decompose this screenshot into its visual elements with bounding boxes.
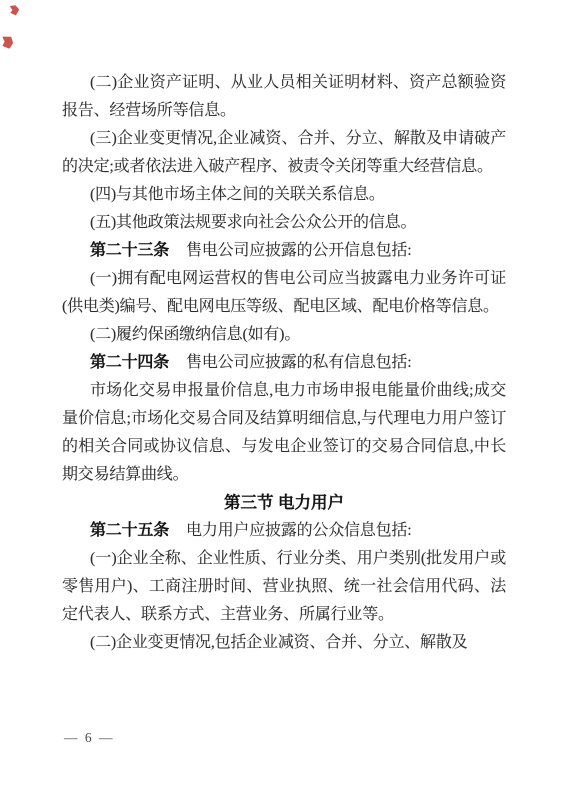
article-text: 售电公司应披露的私有信息包括: — [186, 354, 411, 371]
article-paragraph: 第二十三条售电公司应披露的公开信息包括: — [62, 237, 506, 265]
body-paragraph: (一)拥有配电网运营权的售电公司应当披露电力业务许可证(供电类)编号、配电网电压… — [62, 265, 506, 321]
body-paragraph: (五)其他政策法规要求向社会公众公开的信息。 — [62, 209, 506, 237]
body-paragraph: (一)企业全称、企业性质、行业分类、用户类别(批发用户或零售用户)、工商注册时间… — [62, 545, 506, 629]
body-paragraph: 市场化交易申报量价信息,电力市场申报电能量价曲线;成交量价信息;市场化交易合同及… — [62, 377, 506, 489]
body-paragraph: (四)与其他市场主体之间的关联关系信息。 — [62, 181, 506, 209]
document-page: (二)企业资产证明、从业人员相关证明材料、资产总额验资报告、经营场所等信息。(三… — [0, 0, 565, 800]
red-stamp-fragment-icon — [1, 35, 14, 49]
section-heading: 第三节 电力用户 — [62, 489, 506, 517]
red-stamp-fragment-icon — [8, 4, 20, 16]
article-number: 第二十四条 — [90, 354, 169, 371]
body-paragraph: (二)企业资产证明、从业人员相关证明材料、资产总额验资报告、经营场所等信息。 — [62, 69, 506, 125]
article-text: 售电公司应披露的公开信息包括: — [186, 242, 411, 259]
document-body: (二)企业资产证明、从业人员相关证明材料、资产总额验资报告、经营场所等信息。(三… — [62, 69, 506, 657]
body-paragraph: (二)企业变更情况,包括企业减资、合并、分立、解散及 — [62, 629, 506, 657]
body-paragraph: (二)履约保函缴纳信息(如有)。 — [62, 321, 506, 349]
article-text: 电力用户应披露的公众信息包括: — [186, 522, 411, 539]
page-number: — 6 — — [64, 728, 115, 748]
body-paragraph: (三)企业变更情况,企业减资、合并、分立、解散及申请破产的决定;或者依法进入破产… — [62, 125, 506, 181]
article-paragraph: 第二十四条售电公司应披露的私有信息包括: — [62, 349, 506, 377]
article-paragraph: 第二十五条电力用户应披露的公众信息包括: — [62, 517, 506, 545]
article-number: 第二十三条 — [90, 242, 169, 259]
article-number: 第二十五条 — [90, 522, 169, 539]
